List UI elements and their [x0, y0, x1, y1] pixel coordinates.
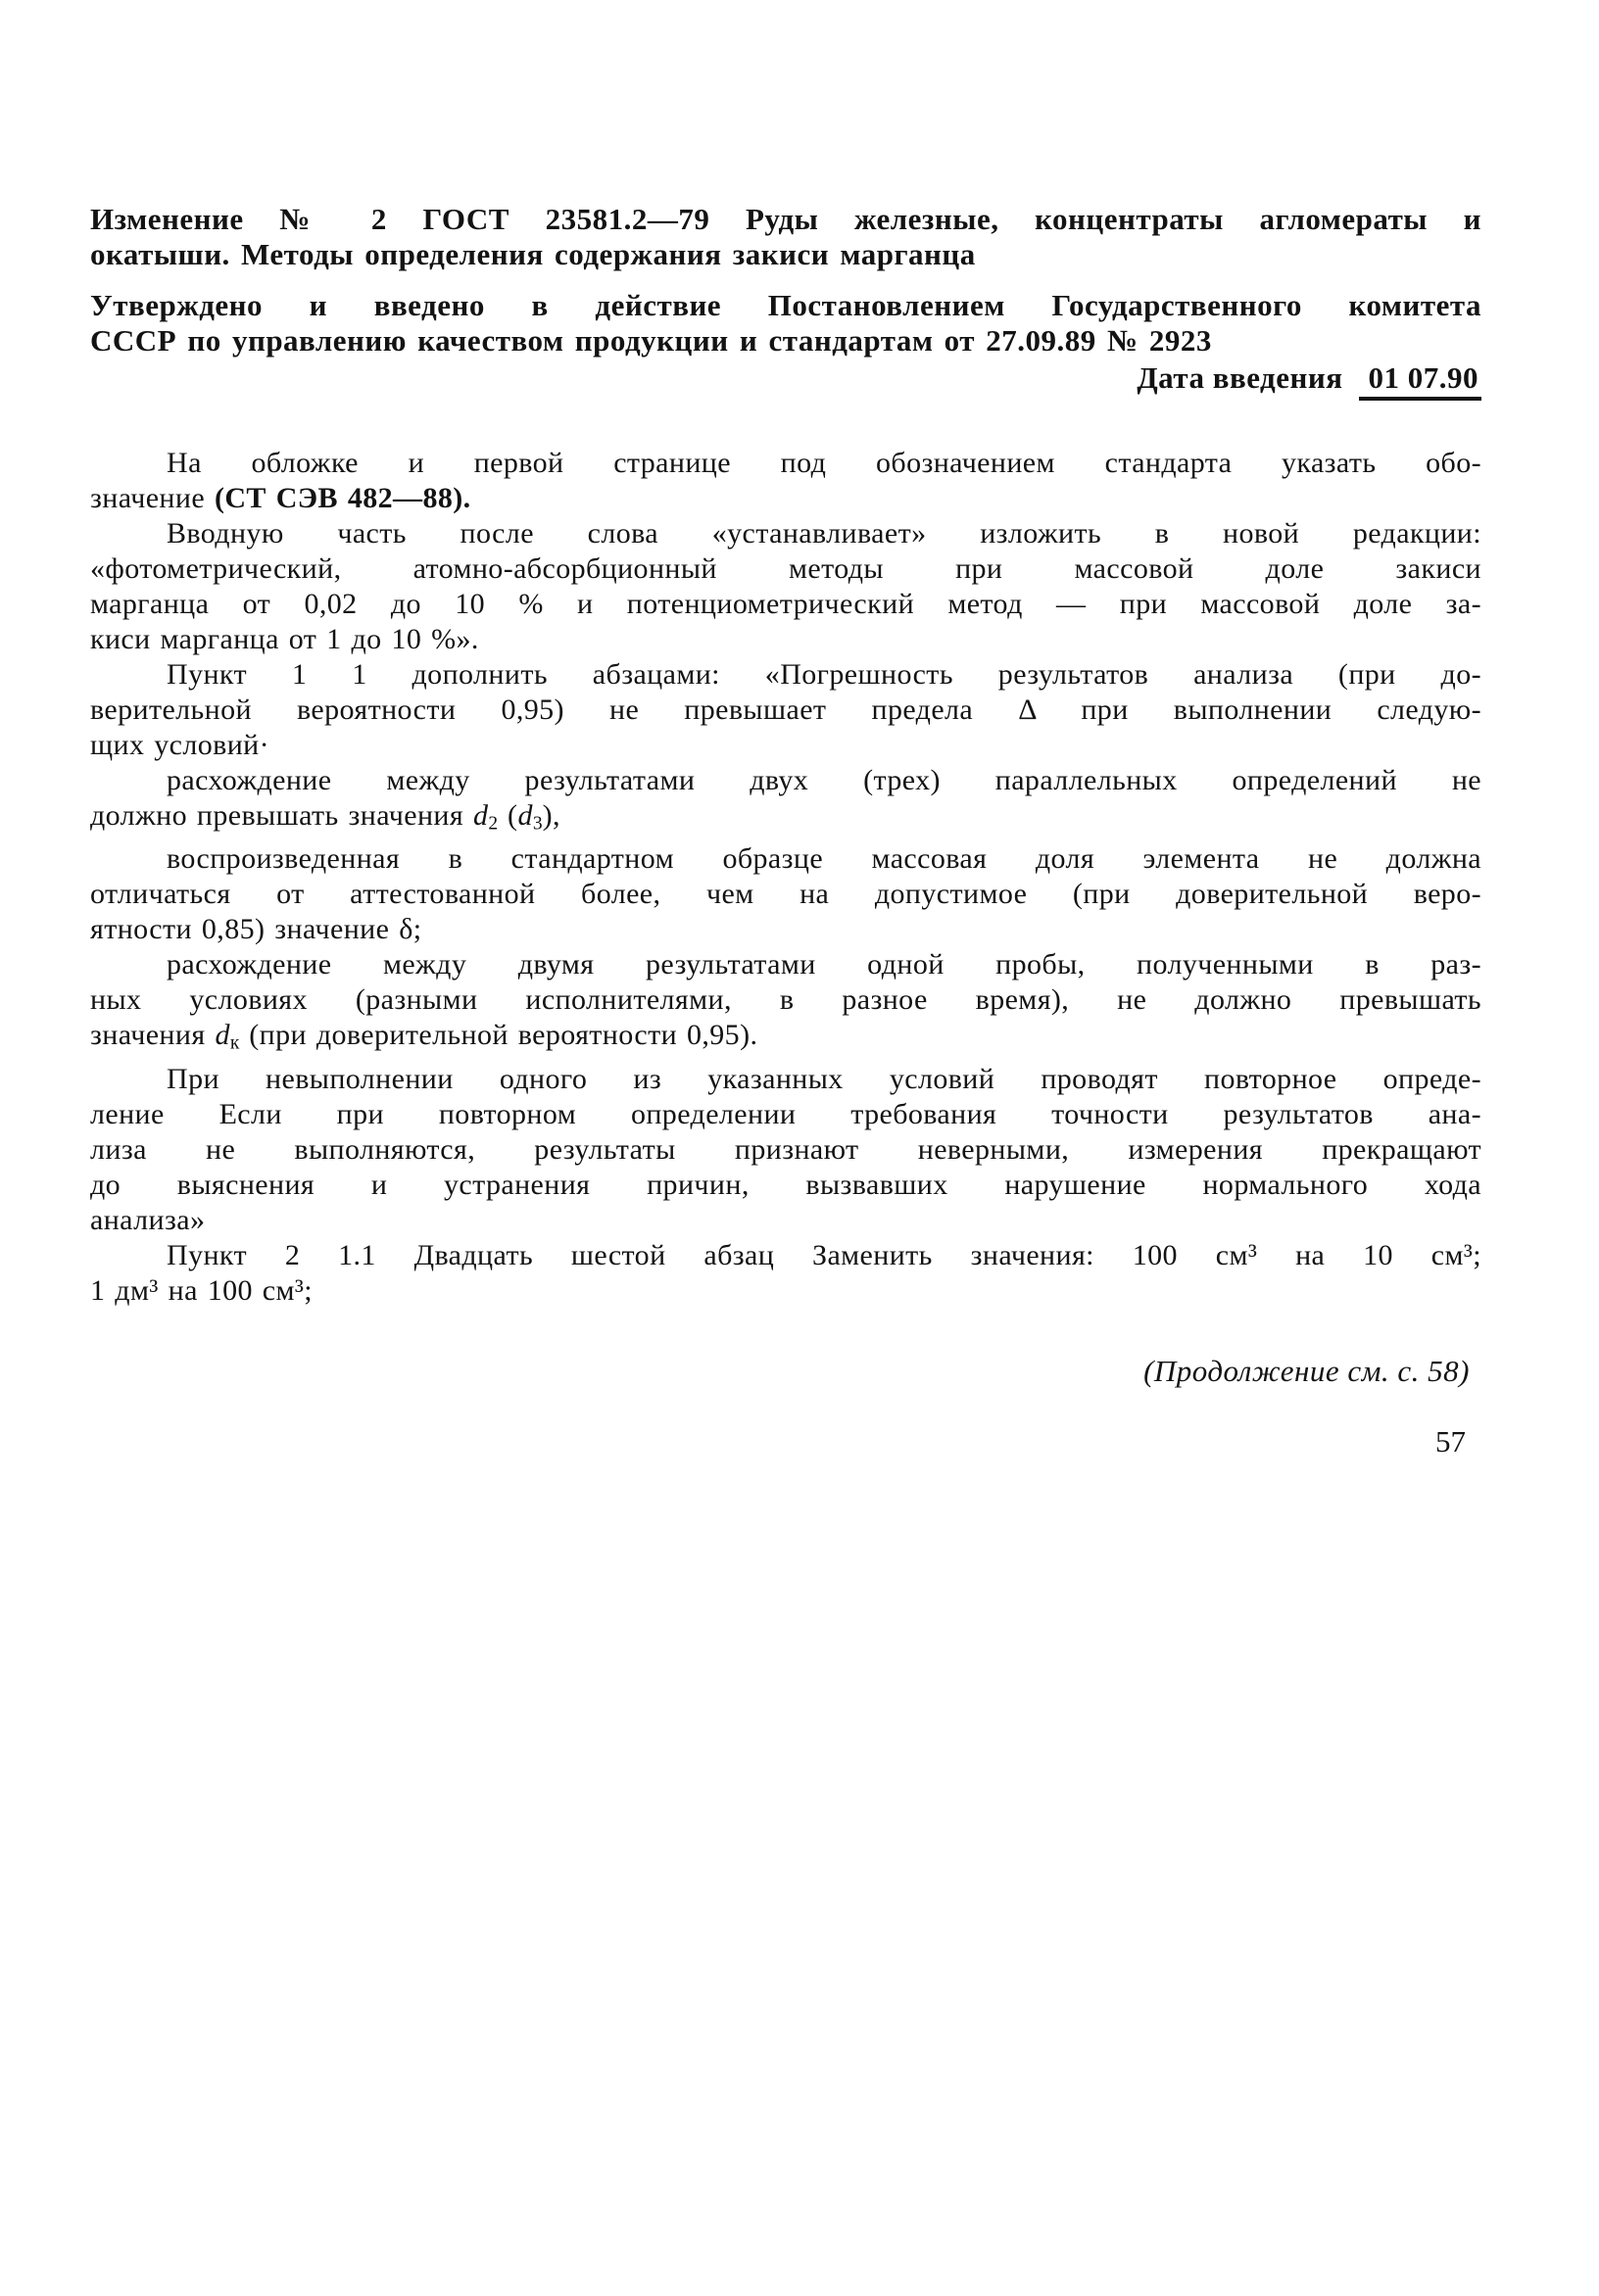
text-run: расхождение между результатами двух (тре…: [167, 764, 1481, 796]
text-run: отличаться от аттестованной более, чем н…: [90, 878, 1481, 910]
text-run: Пункт 1 1 дополнить абзацами: «Погрешнос…: [167, 658, 1481, 691]
body-line: Пункт 1 1 дополнить абзацами: «Погрешнос…: [90, 657, 1481, 693]
text-run: ятности 0,85) значение δ;: [90, 913, 422, 945]
body-line: «фотометрический, атомно-абсорбционный м…: [90, 551, 1481, 587]
body-line: анализа»: [90, 1203, 1481, 1238]
body-line: киси марганца от 1 до 10 %».: [90, 622, 1481, 657]
body-line: отличаться от аттестованной более, чем н…: [90, 877, 1481, 912]
page-number: 57: [90, 1424, 1481, 1459]
body-line: ление Если при повторном определении тре…: [90, 1097, 1481, 1132]
body-line: На обложке и первой странице под обознач…: [90, 446, 1481, 481]
body-line: верительной вероятности 0,95) не превыша…: [90, 693, 1481, 728]
text-run: При невыполнении одного из указанных усл…: [167, 1063, 1481, 1095]
body-line: значение (СТ СЭВ 482—88).: [90, 481, 1481, 516]
approval-statement: Утверждено и введено в действие Постанов…: [90, 288, 1481, 359]
text-run: 3: [533, 813, 543, 834]
body-line: ятности 0,85) значение δ;: [90, 912, 1481, 947]
body-line: до выяснения и устранения причин, вызвав…: [90, 1168, 1481, 1203]
text-run: анализа»: [90, 1204, 205, 1236]
text-run: ление Если при повторном определении тре…: [90, 1098, 1481, 1130]
text-run: Вводную часть после слова «устанавливает…: [167, 517, 1481, 550]
body-line: При невыполнении одного из указанных усл…: [90, 1062, 1481, 1097]
text-run: Изменение № 2 ГОСТ 23581.2—79 Руды желез…: [90, 202, 1481, 236]
title-line: окатыши. Методы определения содержания з…: [90, 237, 1481, 272]
body-line: лиза не выполняются, результаты признают…: [90, 1132, 1481, 1168]
amendment-title: Изменение № 2 ГОСТ 23581.2—79 Руды желез…: [90, 202, 1481, 272]
text-run: 1 дм³ на 100 см³;: [90, 1274, 313, 1307]
effective-date-value: 01 07.90: [1359, 360, 1482, 401]
body-line: 1 дм³ на 100 см³;: [90, 1273, 1481, 1309]
text-run: верительной вероятности 0,95) не превыша…: [90, 694, 1481, 726]
text-run: На обложке и первой странице под обознач…: [167, 447, 1481, 479]
text-run: (СТ СЭВ 482—88).: [215, 482, 471, 514]
text-run: (при доверительной вероятности 0,95).: [239, 1019, 757, 1051]
title-line: Изменение № 2 ГОСТ 23581.2—79 Руды желез…: [90, 202, 1481, 237]
continuation-note: (Продолжение см. с. 58): [90, 1354, 1481, 1389]
text-run: d: [473, 799, 488, 832]
body-line: значения dк (при доверительной вероятнос…: [90, 1018, 1481, 1061]
text-run: до выяснения и устранения причин, вызвав…: [90, 1169, 1481, 1201]
body-line: должно превышать значения d2 (d3),: [90, 798, 1481, 841]
body-line: ных условиях (разными исполнителями, в р…: [90, 982, 1481, 1018]
text-run: d: [517, 799, 532, 832]
text-run: Пункт 2 1.1 Двадцать шестой абзац Замени…: [167, 1239, 1481, 1271]
text-run: значения: [90, 1019, 215, 1051]
text-run: должно превышать значения: [90, 799, 473, 832]
text-run: ),: [543, 799, 560, 832]
body-line: Пункт 2 1.1 Двадцать шестой абзац Замени…: [90, 1238, 1481, 1273]
text-run: значение: [90, 482, 215, 514]
text-run: окатыши. Методы определения содержания з…: [90, 237, 976, 271]
text-run: ных условиях (разными исполнителями, в р…: [90, 983, 1481, 1016]
text-run: марганца от 0,02 до 10 % и потенциометри…: [90, 588, 1481, 620]
text-run: (: [498, 799, 517, 832]
body-line: расхождение между двумя результатами одн…: [90, 947, 1481, 982]
document-page: Изменение № 2 ГОСТ 23581.2—79 Руды желез…: [0, 0, 1599, 2296]
text-run: к: [230, 1033, 239, 1054]
page-content: Изменение № 2 ГОСТ 23581.2—79 Руды желез…: [90, 202, 1481, 1459]
body-line: воспроизведенная в стандартном образце м…: [90, 841, 1481, 877]
body-line: Вводную часть после слова «устанавливает…: [90, 516, 1481, 551]
text-run: лиза не выполняются, результаты признают…: [90, 1133, 1481, 1166]
approval-line: Утверждено и введено в действие Постанов…: [90, 288, 1481, 323]
text-run: расхождение между двумя результатами одн…: [167, 948, 1481, 981]
text-run: 2: [488, 813, 498, 834]
text-run: воспроизведенная в стандартном образце м…: [167, 842, 1481, 875]
effective-date: Дата введения01 07.90: [90, 360, 1481, 401]
body-line: расхождение между результатами двух (тре…: [90, 763, 1481, 798]
text-run: «фотометрический, атомно-абсорбционный м…: [90, 552, 1481, 585]
body-line: марганца от 0,02 до 10 % и потенциометри…: [90, 587, 1481, 622]
effective-date-label: Дата введения: [1137, 360, 1342, 395]
document-body: На обложке и первой странице под обознач…: [90, 446, 1481, 1309]
body-line: щих условий·: [90, 728, 1481, 763]
text-run: Утверждено и введено в действие Постанов…: [90, 288, 1481, 322]
text-run: киси марганца от 1 до 10 %».: [90, 623, 479, 655]
approval-line: СССР по управлению качеством продукции и…: [90, 323, 1481, 359]
text-run: СССР по управлению качеством продукции и…: [90, 323, 1212, 358]
text-run: d: [215, 1019, 229, 1051]
text-run: щих условий·: [90, 729, 269, 761]
